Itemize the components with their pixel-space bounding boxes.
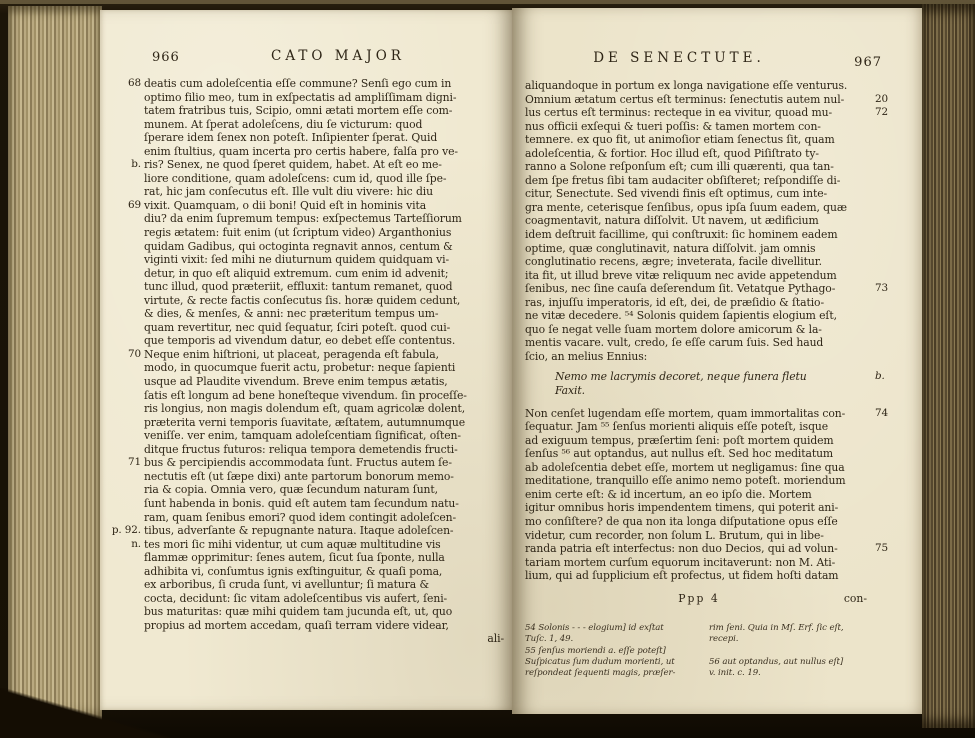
text-line: b.Nemo me lacrymis decoret, neque funera… — [525, 370, 873, 384]
line-text: quam revertitur, nec quid ſequatur, ſcir… — [144, 321, 450, 334]
line-text: munem. At ſperat adoleſcens, diu ſe vict… — [144, 118, 422, 131]
text-line: propius ad mortem accedam, quaſi terram … — [144, 619, 510, 633]
line-text: Tuſc. 1, 49. — [525, 634, 573, 644]
margin-note: 69 — [128, 199, 144, 213]
scan-top-border — [0, 0, 975, 4]
text-line: ris longius, non magis dolendum eſt, qua… — [144, 402, 510, 416]
footnote-column-left: 54 Solonis - - - elogium] id exſtatTuſc.… — [525, 623, 693, 679]
line-text: præterita verni temporis ſuavitate, æſta… — [144, 416, 465, 429]
text-line: regis ætatem: fuit enim (ut ſcriptum vid… — [144, 226, 510, 240]
line-text: igitur omnibus horis impendentem timens,… — [525, 501, 838, 514]
line-text: rat, hic jam conſecutus eſt. Ille vult d… — [144, 185, 433, 198]
line-text: nus officii exſequi & tueri poſſis: & ta… — [525, 120, 821, 133]
line-text: flammæ opprimitur: ſenes autem, ſicut ſu… — [144, 551, 445, 564]
line-text: adoleſcentia, & fortior. Hoc illud eſt, … — [525, 147, 819, 160]
line-text: ſcio, an melius Ennius: — [525, 350, 647, 363]
line-text: ſperare idem ſenex non poteſt. Inſipient… — [144, 131, 437, 144]
text-line: ſunt habenda in bonis. quid eſt autem ta… — [144, 497, 510, 511]
text-line: cocta, decidunt: ſic vitam adoleſcentibu… — [144, 592, 510, 606]
text-line: mentis vacare. vult, credo, ſe eſſe caru… — [525, 336, 873, 350]
margin-note: 70 — [128, 348, 144, 362]
catchword: con- — [844, 592, 867, 606]
text-line: enim certe eſt: & id incertum, an eo ipſ… — [525, 488, 873, 502]
right-text-column: aliquandoque in portum ex longa navigati… — [525, 79, 873, 605]
line-text: videtur, cum recorder, non ſolum L. Brut… — [525, 529, 824, 542]
book-board-corner — [0, 688, 170, 738]
line-text: Suſpicatus ſum dudum morienti, ut — [525, 657, 675, 667]
margin-note: 73 — [873, 282, 888, 296]
text-line: videtur, cum recorder, non ſolum L. Brut… — [525, 529, 873, 543]
line-text: optime, quæ conglutinavit, natura diſſol… — [525, 242, 815, 255]
line-text: ne vitæ decedere. ⁵⁴ Solonis quidem ſapi… — [525, 309, 837, 322]
line-text: nectutis eſt (ut ſæpe dixi) ante partoru… — [144, 470, 454, 483]
text-line: n.tes mori ſic mihi videntur, ut cum aqu… — [144, 538, 510, 552]
margin-note: b. — [131, 158, 144, 172]
text-line: Faxit. — [525, 384, 873, 398]
text-line: ne vitæ decedere. ⁵⁴ Solonis quidem ſapi… — [525, 309, 873, 323]
text-line: tariam mortem curſum equorum incitaverun… — [525, 556, 873, 570]
line-text: ris? Senex, ne quod ſperet quidem, habet… — [144, 158, 442, 171]
line-text: ris longius, non magis dolendum eſt, qua… — [144, 402, 465, 415]
line-text: idem deſtruit facillime, qui conſtruxit:… — [525, 228, 838, 241]
line-text: ali- — [487, 632, 504, 645]
text-line: bus maturitas: quæ mihi quidem tam jucun… — [144, 605, 510, 619]
line-text — [709, 646, 712, 656]
line-text: citur, Senectute. Sed vivendi finis eſt … — [525, 187, 827, 200]
line-text: Ppp 4 — [678, 592, 719, 605]
text-line: 71bus & percipiendis accommodata ſunt. F… — [144, 456, 510, 470]
text-line: rim ſeni. Quia in Mſ. Erf. ſic eſt, — [709, 623, 877, 634]
signature-line: Ppp 4con- — [525, 592, 873, 606]
text-line: ſcio, an melius Ennius: — [525, 350, 873, 364]
text-line: munem. At ſperat adoleſcens, diu ſe vict… — [144, 118, 510, 132]
line-text: ria & copia. Omnia vero, quæ ſecundum na… — [144, 483, 438, 496]
line-text: cocta, decidunt: ſic vitam adoleſcentibu… — [144, 592, 447, 605]
book-scan: 966 CATO MAJOR 68deatis cum adoleſcentia… — [0, 0, 975, 738]
text-line: ab adoleſcentia debet eſſe, mortem ut ne… — [525, 461, 873, 475]
line-text: ſequatur. Jam ⁵⁵ ſenſus morienti aliquis… — [525, 420, 828, 433]
text-line: 20Omnium ætatum certus eſt terminus: ſen… — [525, 93, 873, 107]
line-text: virtute, & recte factis conſecutus ſis. … — [144, 294, 460, 307]
line-text: que temporis ad vivendum datur, eo debet… — [144, 334, 455, 347]
catchword-line: ali- — [144, 632, 510, 646]
line-text: adhibita vi, conſumtus ignis exſtinguitu… — [144, 565, 442, 578]
line-text: tatem fratribus tuis, Scipio, omni ætati… — [144, 104, 452, 117]
line-text: ſatis eſt longum ad bene honeſteque vive… — [144, 389, 467, 402]
text-line: idem deſtruit facillime, qui conſtruxit:… — [525, 228, 873, 242]
line-text: tariam mortem curſum equorum incitaverun… — [525, 556, 835, 569]
text-line: ſperare idem ſenex non poteſt. Inſipient… — [144, 131, 510, 145]
line-text: mo conſiſtere? de qua non ita longa diſp… — [525, 515, 838, 528]
line-text: Faxit. — [555, 384, 585, 397]
line-text: ditque fructus futuros: reliqua tempora … — [144, 443, 458, 456]
text-line: nus officii exſequi & tueri poſſis: & ta… — [525, 120, 873, 134]
line-text: temnere. ex quo fit, ut animoſior etiam … — [525, 133, 835, 146]
text-line: mo conſiſtere? de qua non ita longa diſp… — [525, 515, 873, 529]
text-line: ſatis eſt longum ad bene honeſteque vive… — [144, 389, 510, 403]
line-text: quidam Gadibus, qui octoginta regnavit a… — [144, 240, 453, 253]
text-line: quam revertitur, nec quid ſequatur, ſcir… — [144, 321, 510, 335]
text-line: rat, hic jam conſecutus eſt. Ille vult d… — [144, 185, 510, 199]
text-line: ſequatur. Jam ⁵⁵ ſenſus morienti aliquis… — [525, 420, 873, 434]
text-line: ad exiguum tempus, præſertim ſeni: poſt … — [525, 434, 873, 448]
line-text: Neque enim hiſtrioni, ut placeat, perage… — [144, 348, 439, 361]
text-line: citur, Senectute. Sed vivendi finis eſt … — [525, 187, 873, 201]
text-line: detur, in quo eſt aliquid extremum. cum … — [144, 267, 510, 281]
line-text: dem ſpe fretus ſibi tam audaciter obſiſt… — [525, 174, 840, 187]
right-page: DE SENECTUTE. 967 aliquandoque in portum… — [512, 8, 922, 714]
text-line: & dies, & menſes, & anni: nec præteritum… — [144, 307, 510, 321]
text-line: tunc illud, quod præteriit, effluxit: ta… — [144, 280, 510, 294]
text-line: lium, qui ad ſupplicium eſt profectus, u… — [525, 569, 873, 583]
line-text: ſunt habenda in bonis. quid eſt autem ta… — [144, 497, 459, 510]
text-line: usque ad Plaudite vivendum. Breve enim t… — [144, 375, 510, 389]
text-line: tatem fratribus tuis, Scipio, omni ætati… — [144, 104, 510, 118]
line-text: Omnium ætatum certus eſt terminus: ſenec… — [525, 93, 844, 106]
text-line: nectutis eſt (ut ſæpe dixi) ante partoru… — [144, 470, 510, 484]
line-text: lium, qui ad ſupplicium eſt profectus, u… — [525, 569, 838, 582]
text-line: coagmentavit, natura diſſolvit. Ut navem… — [525, 214, 873, 228]
line-text: recepi. — [709, 634, 738, 644]
left-page: 966 CATO MAJOR 68deatis cum adoleſcentia… — [100, 10, 512, 710]
text-line: p. 92.tibus, adverſante & repugnante nat… — [144, 524, 510, 538]
line-text: conglutinatio recens, ægre; inveterata, … — [525, 255, 822, 268]
text-line: præterita verni temporis ſuavitate, æſta… — [144, 416, 510, 430]
line-text: liore conditione, quam adoleſcens: cum i… — [144, 172, 446, 185]
text-line: dem ſpe fretus ſibi tam audaciter obſiſt… — [525, 174, 873, 188]
text-line: 55 ſenſus moriendi a. eſſe poteſt] — [525, 646, 693, 657]
footnote-column-right: rim ſeni. Quia in Mſ. Erf. ſic eſt,recep… — [709, 623, 877, 679]
text-line: ita fit, ut illud breve vitæ reliquum ne… — [525, 269, 873, 283]
line-text: ad exiguum tempus, præſertim ſeni: poſt … — [525, 434, 834, 447]
margin-note: 71 — [128, 456, 144, 470]
text-line: Tuſc. 1, 49. — [525, 634, 693, 645]
text-line: adhibita vi, conſumtus ignis exſtinguitu… — [144, 565, 510, 579]
text-line: 72lus certus eſt terminus: recteque in e… — [525, 106, 873, 120]
line-text: bus & percipiendis accommodata ſunt. Fru… — [144, 456, 452, 469]
text-line: conglutinatio recens, ægre; inveterata, … — [525, 255, 873, 269]
text-line: enim ſtultius, quam incerta pro certis h… — [144, 145, 510, 159]
text-line: 54 Solonis - - - elogium] id exſtat — [525, 623, 693, 634]
line-text: ſenſus ⁵⁶ aut optandus, aut nullus eſt. … — [525, 447, 833, 460]
text-line: quo ſe negat velle ſuam mortem dolore am… — [525, 323, 873, 337]
text-line: viginti vixit: ſed mihi ne diuturnum qui… — [144, 253, 510, 267]
line-text: 55 ſenſus moriendi a. eſſe poteſt] — [525, 646, 666, 656]
text-line: veniſſe. ver enim, tamquam adoleſcentiam… — [144, 429, 510, 443]
margin-note: 20 — [873, 93, 888, 107]
margin-note: 72 — [873, 106, 888, 120]
line-text: randa patria eſt interfectus: non duo De… — [525, 542, 838, 555]
line-text: propius ad mortem accedam, quaſi terram … — [144, 619, 449, 632]
line-text: tunc illud, quod præteriit, effluxit: ta… — [144, 280, 452, 293]
text-line: meditatione, tranquillo eſſe animo nemo … — [525, 474, 873, 488]
line-text: mentis vacare. vult, credo, ſe eſſe caru… — [525, 336, 823, 349]
text-line: ras, injuſſu imperatoris, id eſt, dei, d… — [525, 296, 873, 310]
line-text: 56 aut optandus, aut nullus eſt] — [709, 657, 843, 667]
line-text: vixit. Quamquam, o dii boni! Quid eſt in… — [144, 199, 426, 212]
line-text: detur, in quo eſt aliquid extremum. cum … — [144, 267, 448, 280]
line-text: Nemo me lacrymis decoret, neque funera f… — [555, 370, 807, 383]
line-text: gra mente, ceterisque ſenſibus, opus ipſ… — [525, 201, 847, 214]
left-running-title: CATO MAJOR — [100, 48, 512, 64]
left-fore-edge — [8, 6, 102, 722]
line-text: v. init. c. 19. — [709, 668, 761, 678]
line-text: quo ſe negat velle ſuam mortem dolore am… — [525, 323, 822, 336]
line-text: viginti vixit: ſed mihi ne diuturnum qui… — [144, 253, 449, 266]
line-text: deatis cum adoleſcentia eſſe commune? Se… — [144, 77, 451, 90]
line-text: optimo filio meo, tum in exſpectatis ad … — [144, 91, 456, 104]
text-line: 69vixit. Quamquam, o dii boni! Quid eſt … — [144, 199, 510, 213]
text-line: b.ris? Senex, ne quod ſperet quidem, hab… — [144, 158, 510, 172]
line-text: bus maturitas: quæ mihi quidem tam jucun… — [144, 605, 452, 618]
line-text: veniſſe. ver enim, tamquam adoleſcentiam… — [144, 429, 461, 442]
margin-note: 68 — [128, 77, 144, 91]
text-line: temnere. ex quo fit, ut animoſior etiam … — [525, 133, 873, 147]
left-text-column: 68deatis cum adoleſcentia eſſe commune? … — [144, 77, 510, 646]
text-line: quidam Gadibus, qui octoginta regnavit a… — [144, 240, 510, 254]
text-line: ram, quam ſenibus emori? quod idem conti… — [144, 511, 510, 525]
margin-note: n. — [131, 538, 144, 552]
text-line — [709, 646, 877, 657]
line-text: meditatione, tranquillo eſſe animo nemo … — [525, 474, 846, 487]
text-line: ria & copia. Omnia vero, quæ ſecundum na… — [144, 483, 510, 497]
margin-note: 74 — [873, 407, 888, 421]
line-text: Non cenſet lugendam eſſe mortem, quam im… — [525, 407, 845, 420]
text-line: que temporis ad vivendum datur, eo debet… — [144, 334, 510, 348]
text-line: 56 aut optandus, aut nullus eſt] — [709, 657, 877, 668]
text-line: gra mente, ceterisque ſenſibus, opus ipſ… — [525, 201, 873, 215]
line-text: lus certus eſt terminus: recteque in ea … — [525, 106, 832, 119]
text-line: ranno a Solone reſponſum eſt; cum illi q… — [525, 160, 873, 174]
text-line: 75randa patria eſt interfectus: non duo … — [525, 542, 873, 556]
footnotes: 54 Solonis - - - elogium] id exſtatTuſc.… — [525, 623, 877, 679]
right-fore-edge — [922, 4, 975, 728]
text-line: liore conditione, quam adoleſcens: cum i… — [144, 172, 510, 186]
text-line: igitur omnibus horis impendentem timens,… — [525, 501, 873, 515]
text-line: virtute, & recte factis conſecutus ſis. … — [144, 294, 510, 308]
line-text: & dies, & menſes, & anni: nec præteritum… — [144, 307, 438, 320]
text-line: v. init. c. 19. — [709, 668, 877, 679]
text-line: ditque fructus futuros: reliqua tempora … — [144, 443, 510, 457]
line-text: ab adoleſcentia debet eſſe, mortem ut ne… — [525, 461, 845, 474]
text-line: 70Neque enim hiſtrioni, ut placeat, pera… — [144, 348, 510, 362]
right-page-number: 967 — [854, 55, 882, 70]
line-text: tes mori ſic mihi videntur, ut cum aquæ … — [144, 538, 441, 551]
line-text: tibus, adverſante & repugnante natura. I… — [144, 524, 453, 537]
line-text: enim ſtultius, quam incerta pro certis h… — [144, 145, 458, 158]
line-text: ranno a Solone reſponſum eſt; cum illi q… — [525, 160, 834, 173]
line-text: enim certe eſt: & id incertum, an eo ipſ… — [525, 488, 812, 501]
text-line: 68deatis cum adoleſcentia eſſe commune? … — [144, 77, 510, 91]
text-line: flammæ opprimitur: ſenes autem, ſicut ſu… — [144, 551, 510, 565]
text-line: recepi. — [709, 634, 877, 645]
line-text: aliquandoque in portum ex longa navigati… — [525, 79, 847, 92]
text-line: ex arboribus, ſi cruda ſunt, vi avellunt… — [144, 578, 510, 592]
text-line: ſenſus ⁵⁶ aut optandus, aut nullus eſt. … — [525, 447, 873, 461]
margin-note: p. 92. — [112, 524, 144, 538]
line-text: ras, injuſſu imperatoris, id eſt, dei, d… — [525, 296, 824, 309]
line-text: rim ſeni. Quia in Mſ. Erf. ſic eſt, — [709, 623, 844, 633]
line-text: ita fit, ut illud breve vitæ reliquum ne… — [525, 269, 837, 282]
text-line: 73ſenibus, nec ſine cauſa deſerendum ſit… — [525, 282, 873, 296]
text-line: diu? da enim ſupremum tempus: exſpectemu… — [144, 212, 510, 226]
text-line: 74Non cenſet lugendam eſſe mortem, quam … — [525, 407, 873, 421]
line-text: regis ætatem: fuit enim (ut ſcriptum vid… — [144, 226, 451, 239]
line-text: ſenibus, nec ſine cauſa deſerendum ſit. … — [525, 282, 835, 295]
margin-note: b. — [873, 370, 885, 384]
margin-note: 75 — [873, 542, 888, 556]
line-text: ex arboribus, ſi cruda ſunt, vi avellunt… — [144, 578, 429, 591]
text-line: optime, quæ conglutinavit, natura diſſol… — [525, 242, 873, 256]
text-line: aliquandoque in portum ex longa navigati… — [525, 79, 873, 93]
text-line: adoleſcentia, & fortior. Hoc illud eſt, … — [525, 147, 873, 161]
line-text: coagmentavit, natura diſſolvit. Ut navem… — [525, 214, 819, 227]
line-text: reſpondeat ſequenti magis, præſer- — [525, 668, 675, 678]
line-text: modo, in quocumque fuerit actu, probetur… — [144, 361, 455, 374]
text-line: modo, in quocumque fuerit actu, probetur… — [144, 361, 510, 375]
text-line: Suſpicatus ſum dudum morienti, ut — [525, 657, 693, 668]
text-line: optimo filio meo, tum in exſpectatis ad … — [144, 91, 510, 105]
line-text: usque ad Plaudite vivendum. Breve enim t… — [144, 375, 448, 388]
line-text: 54 Solonis - - - elogium] id exſtat — [525, 623, 664, 633]
line-text: ram, quam ſenibus emori? quod idem conti… — [144, 511, 456, 524]
line-text: diu? da enim ſupremum tempus: exſpectemu… — [144, 212, 462, 225]
text-line: reſpondeat ſequenti magis, præſer- — [525, 668, 693, 679]
